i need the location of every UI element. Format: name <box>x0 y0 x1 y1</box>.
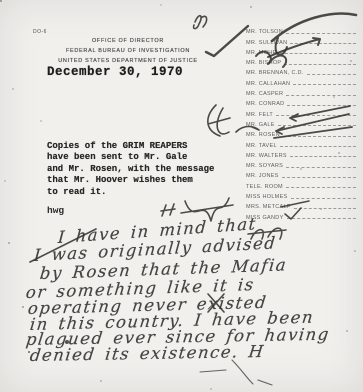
arrow-through-felt-icon <box>290 106 350 121</box>
stroke-on-metcalf-icon <box>281 201 309 207</box>
scribble-near-felt-icon <box>208 105 230 136</box>
arrow-to-rosen-icon <box>236 127 259 133</box>
arrow-through-gale-icon <box>276 114 349 134</box>
check-on-gandy-icon <box>285 208 301 219</box>
x-strike-icon <box>208 294 224 312</box>
faint-mark-bottom-icon <box>200 360 272 385</box>
scrawl-beside-initials-icon <box>161 198 233 221</box>
checkmark-annotation-icon <box>206 26 248 56</box>
scanned-document: DO-6 OFFICE OF DIRECTOR FEDERAL BUREAU O… <box>0 0 363 392</box>
pen-stroke-icon <box>30 229 96 262</box>
handwritten-annotations <box>0 0 363 392</box>
scrawl-over-tolson-icon <box>272 14 356 41</box>
scrawl-below-list-icon <box>248 228 286 239</box>
scribble-initials-top-icon <box>194 16 207 29</box>
scribble-over-mohr-bishop-icon <box>256 38 287 67</box>
